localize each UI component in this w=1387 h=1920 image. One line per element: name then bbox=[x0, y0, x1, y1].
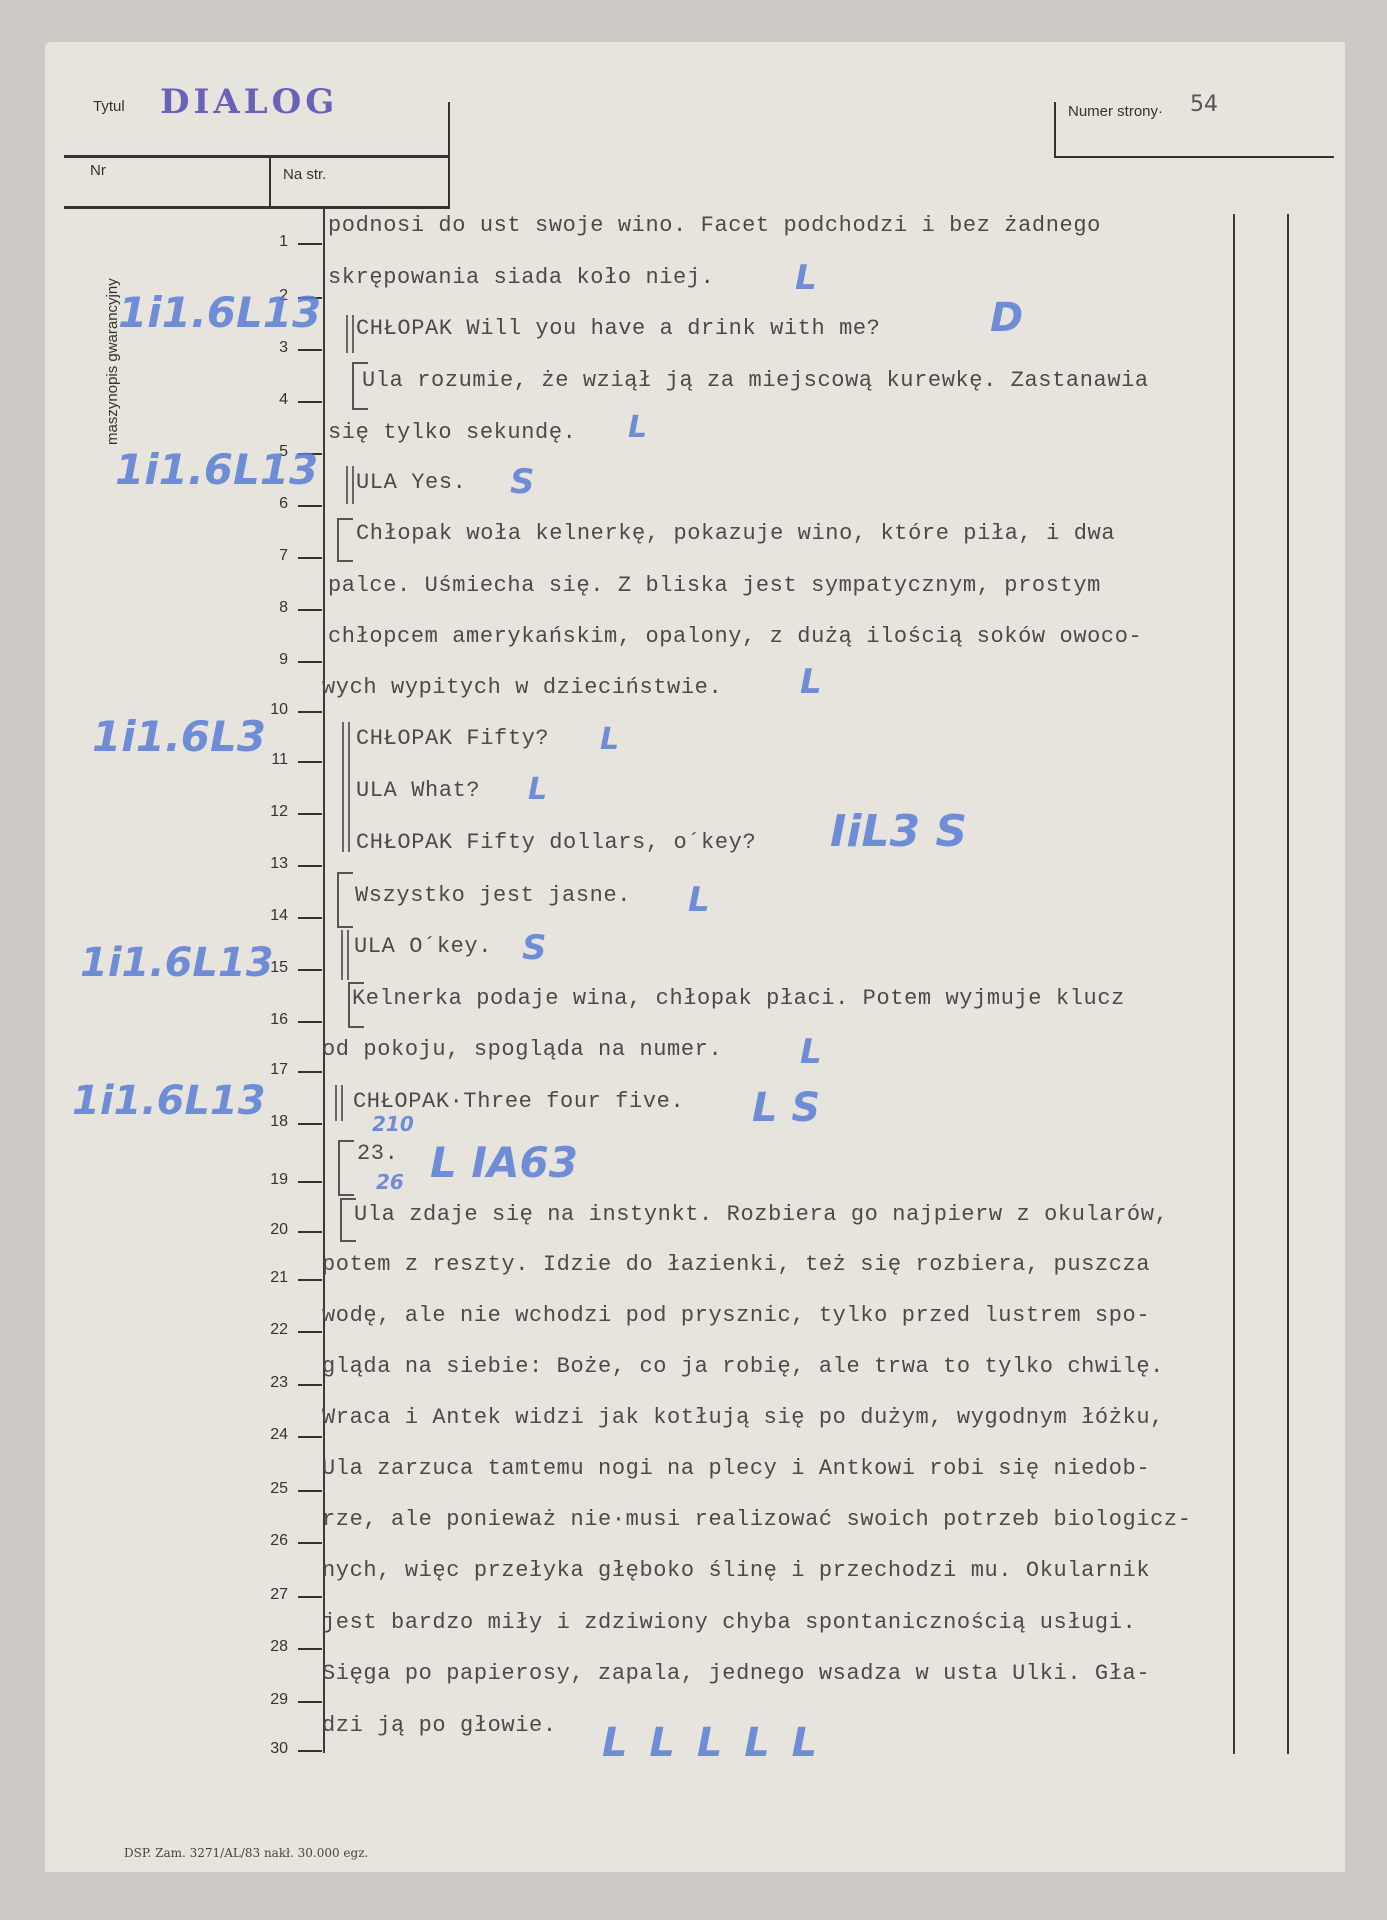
line-number: 8 bbox=[258, 599, 288, 617]
na-str-label: Na str. bbox=[283, 166, 326, 183]
dialogue-bar bbox=[346, 466, 354, 504]
header-bottom-line bbox=[64, 206, 450, 209]
nr-label: Nr bbox=[90, 162, 106, 179]
line-number: 13 bbox=[258, 855, 288, 873]
typed-line: CHŁOPAK·Three four five. bbox=[353, 1089, 684, 1114]
typed-line: palce. Uśmiecha się. Z bliska jest sympa… bbox=[328, 573, 1101, 598]
typed-line: Sięga po papierosy, zapala, jednego wsad… bbox=[322, 1661, 1150, 1686]
line-tick bbox=[298, 1071, 322, 1073]
typed-line: ULA Yes. bbox=[356, 470, 466, 495]
typed-line: podnosi do ust swoje wino. Facet podchod… bbox=[328, 213, 1101, 238]
action-bracket bbox=[338, 1140, 354, 1196]
typed-line: Wszystko jest jasne. bbox=[355, 883, 631, 908]
line-number: 1 bbox=[258, 233, 288, 251]
line-number: 28 bbox=[258, 1638, 288, 1656]
line-tick bbox=[298, 1542, 322, 1544]
line-number: 30 bbox=[258, 1740, 288, 1758]
typed-line: 23. bbox=[357, 1141, 398, 1166]
line-tick bbox=[298, 1596, 322, 1598]
line-number: 12 bbox=[258, 803, 288, 821]
typed-line: Wraca i Antek widzi jak kotłują się po d… bbox=[322, 1405, 1164, 1430]
action-bracket bbox=[340, 1198, 356, 1242]
margin-code-handwritten: 1i1.6L13 bbox=[72, 1078, 266, 1124]
handwritten-number: 26 bbox=[376, 1170, 404, 1194]
line-number: 16 bbox=[258, 1011, 288, 1029]
line-number: 3 bbox=[258, 339, 288, 357]
check-mark: L bbox=[800, 662, 822, 702]
page-number-box-border bbox=[1054, 102, 1056, 158]
right-margin-line bbox=[1233, 214, 1235, 1754]
action-bracket bbox=[348, 982, 364, 1028]
line-tick bbox=[298, 505, 322, 507]
line-tick bbox=[298, 401, 322, 403]
line-number: 20 bbox=[258, 1221, 288, 1239]
typed-line: CHŁOPAK Fifty? bbox=[356, 726, 549, 751]
line-number: 21 bbox=[258, 1269, 288, 1287]
line-tick bbox=[298, 349, 322, 351]
line-number: 14 bbox=[258, 907, 288, 925]
s-mark: S bbox=[522, 928, 547, 968]
typed-line: chłopcem amerykańskim, opalony, z dużą i… bbox=[328, 624, 1142, 649]
nr-divider bbox=[269, 155, 271, 209]
line-number: 17 bbox=[258, 1061, 288, 1079]
typed-line: jest bardzo miły i zdziwiony chyba spont… bbox=[322, 1610, 1136, 1635]
typed-line: dzi ją po głowie. bbox=[322, 1713, 557, 1738]
line-tick bbox=[298, 1279, 322, 1281]
line-number: 26 bbox=[258, 1532, 288, 1550]
check-mark: L bbox=[800, 1032, 822, 1072]
line-tick bbox=[298, 1231, 322, 1233]
line-number: 27 bbox=[258, 1586, 288, 1604]
typed-line: gląda na siebie: Boże, co ja robię, ale … bbox=[322, 1354, 1164, 1379]
check-mark: L bbox=[528, 772, 547, 807]
typed-line: Chłopak woła kelnerkę, pokazuje wino, kt… bbox=[356, 521, 1115, 546]
margin-code-handwritten: 1i1.6L13 bbox=[118, 288, 321, 337]
typed-line: się tylko sekundę. bbox=[328, 420, 576, 445]
typed-line: Kelnerka podaje wina, chłopak płaci. Pot… bbox=[352, 986, 1125, 1011]
line-tick bbox=[298, 243, 322, 245]
dialogue-bar bbox=[335, 1085, 343, 1121]
line-tick bbox=[298, 557, 322, 559]
title-label: Tytul bbox=[93, 98, 125, 115]
page-number: 54 bbox=[1190, 92, 1218, 117]
line-tick bbox=[298, 1123, 322, 1125]
outer-margin-line bbox=[1287, 214, 1289, 1754]
check-mark: L bbox=[600, 722, 619, 757]
dialogue-bar bbox=[341, 930, 349, 980]
line-tick bbox=[298, 609, 322, 611]
line-number: 7 bbox=[258, 547, 288, 565]
typed-line: skrępowania siada koło niej. bbox=[328, 265, 714, 290]
line-tick bbox=[298, 1436, 322, 1438]
margin-code-handwritten: 1i1.6L3 bbox=[92, 712, 266, 761]
s-mark: S bbox=[510, 462, 535, 502]
typed-line: CHŁOPAK Fifty dollars, o´key? bbox=[356, 830, 756, 855]
check-marks-group: L L L L L bbox=[602, 1720, 821, 1766]
action-bracket bbox=[337, 872, 353, 928]
print-info-footer: DSP. Zam. 3271/AL/83 nakł. 30.000 egz. bbox=[124, 1846, 368, 1860]
line-number: 22 bbox=[258, 1321, 288, 1339]
page-number-label: Numer strony· bbox=[1068, 103, 1163, 120]
typed-line: nych, więc przełyka głęboko ślinę i prze… bbox=[322, 1558, 1150, 1583]
circled-mark: D bbox=[990, 295, 1023, 341]
scene-code-handwritten: IiL3 S bbox=[830, 806, 967, 857]
action-bracket bbox=[337, 518, 353, 562]
typed-line: Ula zdaje się na instynkt. Rozbiera go n… bbox=[354, 1202, 1168, 1227]
dialogue-bar bbox=[342, 722, 350, 852]
typed-line: od pokoju, spogląda na numer. bbox=[322, 1037, 722, 1062]
line-tick bbox=[298, 761, 322, 763]
typed-line: ULA O´key. bbox=[354, 934, 492, 959]
check-mark: L bbox=[628, 410, 647, 445]
typed-line: rze, ale ponieważ nie·musi realizować sw… bbox=[322, 1507, 1192, 1532]
dialogue-bar bbox=[346, 315, 354, 353]
page-number-box-bottom bbox=[1054, 156, 1334, 158]
check-mark: L bbox=[688, 880, 710, 920]
line-tick bbox=[298, 661, 322, 663]
line-number: 4 bbox=[258, 391, 288, 409]
check-mark: L bbox=[795, 258, 817, 298]
header-divider bbox=[64, 155, 450, 158]
scene-code-handwritten: L IA63 bbox=[430, 1138, 578, 1187]
action-bracket bbox=[352, 362, 368, 410]
line-number: 9 bbox=[258, 651, 288, 669]
check-mark: L S bbox=[752, 1085, 820, 1131]
typed-line: CHŁOPAK Will you have a drink with me? bbox=[356, 316, 880, 341]
line-tick bbox=[298, 865, 322, 867]
line-number: 25 bbox=[258, 1480, 288, 1498]
line-tick bbox=[298, 1021, 322, 1023]
typed-line: wych wypitych w dzieciństwie. bbox=[322, 675, 722, 700]
line-number: 24 bbox=[258, 1426, 288, 1444]
typed-line: ULA What? bbox=[356, 778, 480, 803]
margin-code-handwritten: 1i1.6L13 bbox=[80, 940, 274, 986]
line-tick bbox=[298, 1181, 322, 1183]
line-tick bbox=[298, 917, 322, 919]
line-tick bbox=[298, 1490, 322, 1492]
typed-line: Ula rozumie, że wziął ją za miejscową ku… bbox=[362, 368, 1149, 393]
line-tick bbox=[298, 1331, 322, 1333]
margin-code-handwritten: 1i1.6L13 bbox=[115, 445, 318, 494]
title-stamp: DIALOG bbox=[160, 82, 338, 122]
line-tick bbox=[298, 711, 322, 713]
line-number: 23 bbox=[258, 1374, 288, 1392]
line-tick bbox=[298, 1384, 322, 1386]
typed-line: Ula zarzuca tamtemu nogi na plecy i Antk… bbox=[322, 1456, 1150, 1481]
line-number: 19 bbox=[258, 1171, 288, 1189]
line-tick bbox=[298, 813, 322, 815]
line-tick bbox=[298, 1701, 322, 1703]
line-number: 6 bbox=[258, 495, 288, 513]
typed-line: potem z reszty. Idzie do łazienki, też s… bbox=[322, 1252, 1150, 1277]
line-tick bbox=[298, 969, 322, 971]
line-number: 29 bbox=[258, 1691, 288, 1709]
typed-line: wodę, ale nie wchodzi pod prysznic, tylk… bbox=[322, 1303, 1150, 1328]
handwritten-number: 210 bbox=[372, 1112, 414, 1136]
line-tick bbox=[298, 1648, 322, 1650]
line-tick bbox=[298, 1750, 322, 1752]
